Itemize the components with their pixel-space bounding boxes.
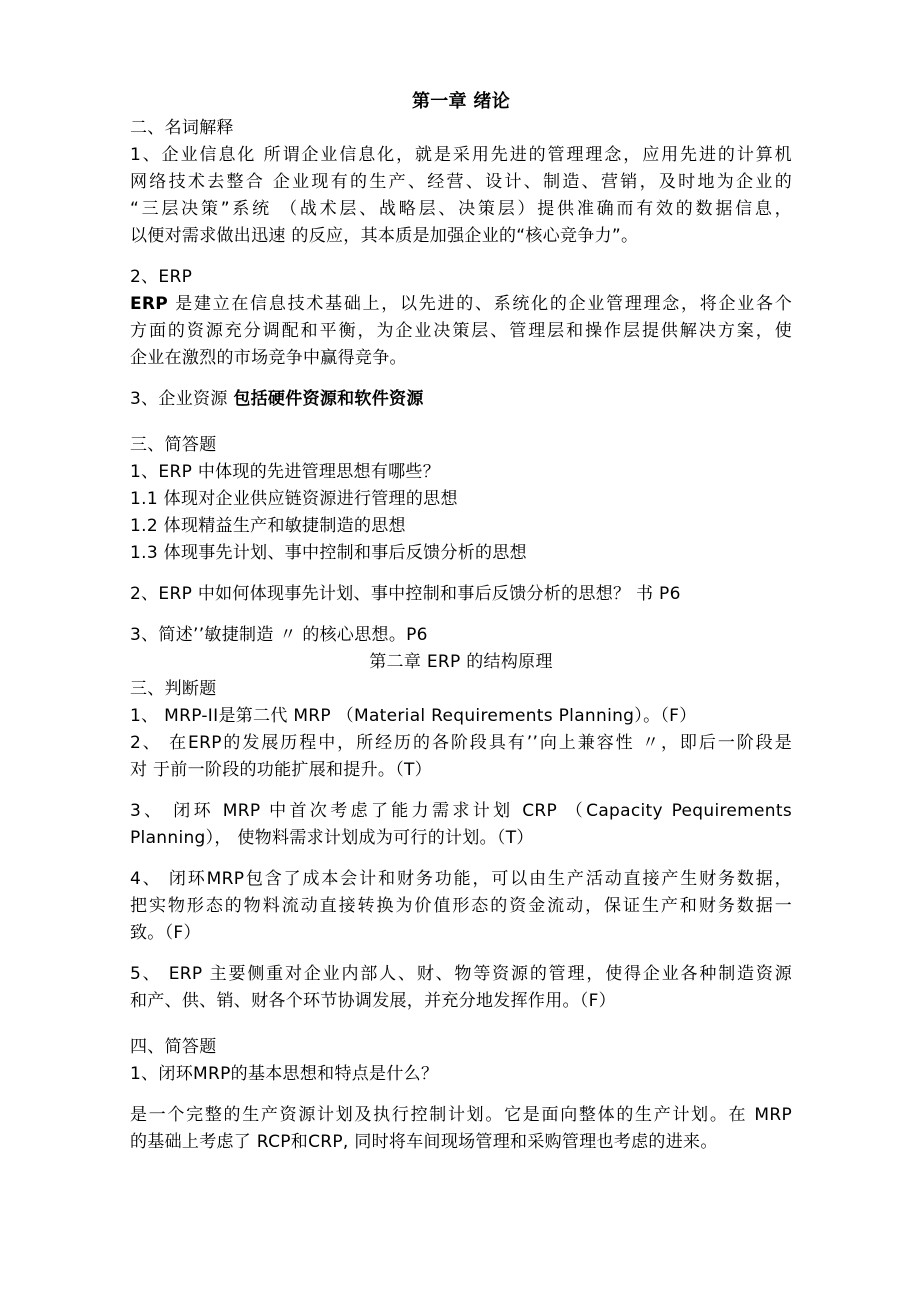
bold-text-segment: ERP — [130, 294, 168, 314]
answer-point-line: 1.2 体现精益生产和敏捷制造的思想 — [130, 513, 792, 540]
item-3-enterprise-resources: 3、企业资源 包括硬件资源和软件资源 — [130, 386, 792, 413]
question-3-line: 3、简述’’敏捷制造 〃 的核心思想。P6 — [130, 622, 792, 649]
text-segment: 三、判断题 — [130, 679, 217, 699]
answer-closed-loop-mrp-line: 是一个完整的生产资源计划及执行控制计划。它是面向整体的生产计划。在 MRP — [130, 1102, 792, 1129]
chapter-1-heading: 第一章 绪论 — [130, 88, 792, 115]
tf-item-3-line: 3、 闭环 MRP 中首次考虑了能力需求计划 CRP （Capacity Peq… — [130, 798, 792, 825]
text-segment: 2、ERP 中如何体现事先计划、事中控制和事后反馈分析的思想？ 书 P6 — [130, 584, 681, 604]
section-heading-short-answer-2: 四、简答题 — [130, 1034, 792, 1061]
text-segment: 是一个完整的生产资源计划及执行控制计划。它是面向整体的生产计划。在 MRP — [130, 1105, 792, 1125]
text-segment: 方面的资源充分调配和平衡，为企业决策层、管理层和操作层提供解决方案，使 — [130, 321, 792, 341]
chapter-1-heading-text: 第一章 绪论 — [412, 91, 510, 112]
paragraph-gap — [130, 784, 792, 798]
tf-item-3-line: Planning）， 使物料需求计划成为可行的计划。（T） — [130, 825, 792, 852]
tf-item-1: 1、 MRP-II是第二代 MRP （Material Requirements… — [130, 703, 792, 730]
paragraph-gap — [130, 608, 792, 622]
text-segment: 1、ERP 中体现的先进管理思想有哪些？ — [130, 462, 440, 482]
para-enterprise-informatization-line: 1、企业信息化 所谓企业信息化，就是采用先进的管理理念，应用先进的计算机 — [130, 142, 792, 169]
text-segment: 是建立在信息技术基础上，以先进的、系统化的企业管理理念，将企业各个 — [168, 294, 792, 314]
text-segment: 致。（F） — [130, 923, 201, 943]
text-segment: 和产、供、销、财各个环节协调发展，并充分地发挥作用。（F） — [130, 991, 616, 1011]
answer-point-line: 1.1 体现对企业供应链资源进行管理的思想 — [130, 486, 792, 513]
section-heading-noun-definitions: 二、名词解释 — [130, 115, 792, 142]
tf-item-4-line: 把实物形态的物料流动直接转换为价值形态的资金流动，保证生产和财务数据一 — [130, 893, 792, 920]
section-heading-true-false: 三、判断题 — [130, 676, 792, 703]
section-heading-short-answer: 三、简答题 — [130, 432, 792, 459]
answer-point-line: 1.3 体现事先计划、事中控制和事后反馈分析的思想 — [130, 540, 792, 567]
paragraph-gap — [130, 1088, 792, 1102]
tf-item-5-line: 5、 ERP 主要侧重对企业内部人、财、物等资源的管理，使得企业各种制造资源 — [130, 961, 792, 988]
text-segment: 2、 在ERP的发展历程中，所经历的各阶段具有’’向上兼容性 〃，即后一阶段是 — [130, 733, 792, 753]
text-segment: 把实物形态的物料流动直接转换为价值形态的资金流动，保证生产和财务数据一 — [130, 896, 792, 916]
para-erp-definition-line: ERP 是建立在信息技术基础上，以先进的、系统化的企业管理理念，将企业各个 — [130, 291, 792, 318]
chapter-2-heading-text: 第二章 ERP 的结构原理 — [369, 652, 553, 672]
question-2-line: 2、ERP 中如何体现事先计划、事中控制和事后反馈分析的思想？ 书 P6 — [130, 581, 792, 608]
text-segment: 3、 闭环 MRP 中首次考虑了能力需求计划 CRP （Capacity Peq… — [130, 801, 792, 821]
item-2-erp-heading: 2、ERP — [130, 264, 792, 291]
text-segment: 3、企业资源 — [130, 389, 233, 409]
para-enterprise-informatization-line: 网络技术去整合 企业现有的生产、经营、设计、制造、营销，及时地为企业的 — [130, 169, 792, 196]
answer-closed-loop-mrp-line: 的基础上考虑了 RCP和CRP, 同时将车间现场管理和采购管理也考虑的进来。 — [130, 1129, 792, 1156]
paragraph-gap — [130, 852, 792, 866]
text-segment: 5、 ERP 主要侧重对企业内部人、财、物等资源的管理，使得企业各种制造资源 — [130, 964, 792, 984]
tf-item-4-line: 4、 闭环MRP包含了成本会计和财务功能，可以由生产活动直接产生财务数据， — [130, 866, 792, 893]
text-segment: 三、简答题 — [130, 435, 217, 455]
paragraph-gap — [130, 1015, 792, 1034]
tf-item-2-line: 2、 在ERP的发展历程中，所经历的各阶段具有’’向上兼容性 〃，即后一阶段是 — [130, 730, 792, 757]
tf-item-5-line: 和产、供、销、财各个环节协调发展，并充分地发挥作用。（F） — [130, 988, 792, 1015]
chapter-2-heading: 第二章 ERP 的结构原理 — [130, 649, 792, 676]
text-segment: 二、名词解释 — [130, 118, 234, 138]
para-erp-definition-line: 方面的资源充分调配和平衡，为企业决策层、管理层和操作层提供解决方案，使 — [130, 318, 792, 345]
text-segment: 2、ERP — [130, 267, 192, 287]
text-segment: 1、企业信息化 所谓企业信息化，就是采用先进的管理理念，应用先进的计算机 — [130, 145, 792, 165]
text-segment: 四、简答题 — [130, 1037, 217, 1057]
text-segment: 1.3 体现事先计划、事中控制和事后反馈分析的思想 — [130, 543, 527, 563]
text-segment: “三层决策”系统 （战术层、战略层、决策层）提供准确而有效的数据信息， — [130, 199, 792, 219]
para-erp-definition-line: 企业在激烈的市场竞争中赢得竞争。 — [130, 345, 792, 372]
text-segment: 以便对需求做出迅速 的反应，其本质是加强企业的“核心竞争力”。 — [130, 226, 638, 246]
text-segment: 网络技术去整合 企业现有的生产、经营、设计、制造、营销，及时地为企业的 — [130, 172, 792, 192]
text-segment: 企业在激烈的市场竞争中赢得竞争。 — [130, 348, 407, 368]
text-segment: 1、闭环MRP的基本思想和特点是什么？ — [130, 1064, 438, 1084]
text-segment: 对 于前一阶段的功能扩展和提升。（T） — [130, 760, 432, 780]
paragraph-gap — [130, 372, 792, 386]
question-closed-loop-mrp: 1、闭环MRP的基本思想和特点是什么？ — [130, 1061, 792, 1088]
tf-item-2-line: 对 于前一阶段的功能扩展和提升。（T） — [130, 757, 792, 784]
text-segment: Planning）， 使物料需求计划成为可行的计划。（T） — [130, 828, 534, 848]
text-segment: 的基础上考虑了 RCP和CRP, 同时将车间现场管理和采购管理也考虑的进来。 — [130, 1132, 718, 1152]
text-segment: 4、 闭环MRP包含了成本会计和财务功能，可以由生产活动直接产生财务数据， — [130, 869, 792, 889]
text-segment: 1.2 体现精益生产和敏捷制造的思想 — [130, 516, 406, 536]
paragraph-gap — [130, 250, 792, 264]
tf-item-4-line: 致。（F） — [130, 920, 792, 947]
paragraph-gap — [130, 947, 792, 961]
bold-text-segment: 包括硬件资源和软件资源 — [233, 389, 423, 409]
paragraph-gap — [130, 567, 792, 581]
text-segment: 1.1 体现对企业供应链资源进行管理的思想 — [130, 489, 458, 509]
text-segment: 1、 MRP-II是第二代 MRP （Material Requirements… — [130, 706, 697, 726]
document-page: 第一章 绪论 二、名词解释 1、企业信息化 所谓企业信息化，就是采用先进的管理理… — [0, 0, 920, 1302]
para-enterprise-informatization-line: “三层决策”系统 （战术层、战略层、决策层）提供准确而有效的数据信息， — [130, 196, 792, 223]
para-enterprise-informatization-line: 以便对需求做出迅速 的反应，其本质是加强企业的“核心竞争力”。 — [130, 223, 792, 250]
paragraph-gap — [130, 413, 792, 432]
text-segment: 3、简述’’敏捷制造 〃 的核心思想。P6 — [130, 625, 428, 645]
question-1-erp-ideas: 1、ERP 中体现的先进管理思想有哪些？ — [130, 459, 792, 486]
document-content: 第一章 绪论 二、名词解释 1、企业信息化 所谓企业信息化，就是采用先进的管理理… — [130, 88, 792, 1156]
